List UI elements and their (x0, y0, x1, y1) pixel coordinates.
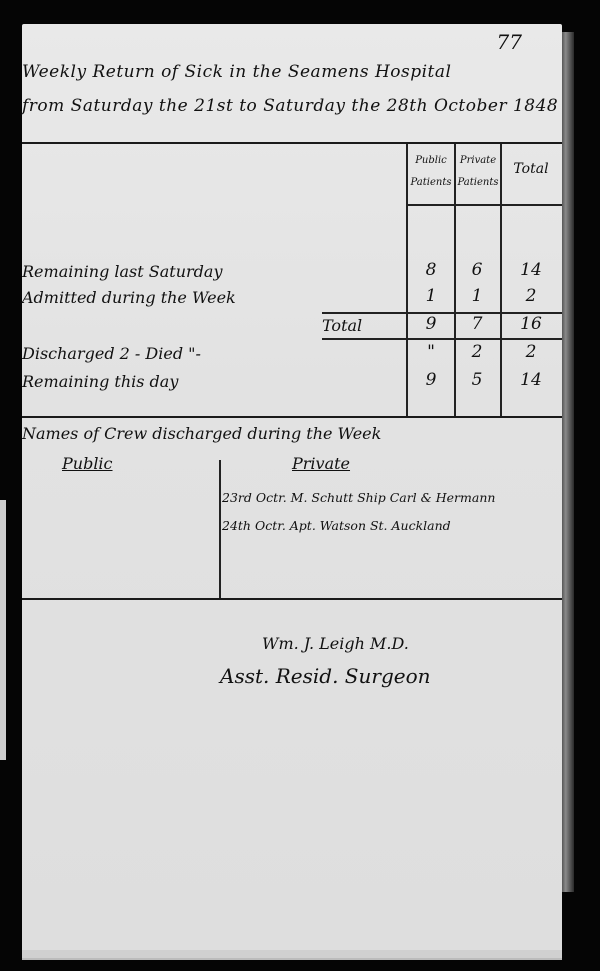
cell-private: 6 (454, 260, 500, 280)
cell-total: 2 (508, 286, 554, 306)
column-divider (500, 144, 502, 416)
column-header-public: Public Patients (408, 150, 454, 194)
cell-public: 9 (408, 370, 454, 390)
total-rule (322, 338, 562, 340)
cell-total: 2 (508, 342, 554, 362)
cell-total: 16 (508, 314, 554, 334)
signature-name: Wm. J. Leigh M.D. (262, 634, 409, 653)
cell-total: 14 (508, 370, 554, 390)
cell-public: 1 (408, 286, 454, 306)
cell-public: " (408, 342, 454, 362)
title-line-1: Weekly Return of Sick in the Seamens Hos… (22, 62, 451, 82)
public-heading: Public (62, 454, 113, 473)
page-number: 77 (497, 30, 522, 54)
cell-public: 8 (408, 260, 454, 280)
row-label-remaining-last: Remaining last Saturday (22, 262, 222, 281)
cell-private: 2 (454, 342, 500, 362)
title-line-2: from Saturday the 21st to Saturday the 2… (22, 96, 558, 116)
row-label-admitted: Admitted during the Week (22, 288, 236, 307)
names-section-title: Names of Crew discharged during the Week (22, 424, 381, 443)
signature-title: Asst. Resid. Surgeon (220, 664, 431, 688)
adjacent-page-fragment (0, 500, 6, 760)
names-bottom-rule (22, 598, 562, 600)
cell-public: 9 (408, 314, 454, 334)
cell-private: 7 (454, 314, 500, 334)
row-label-remaining-this-day: Remaining this day (22, 372, 178, 391)
row-label-discharged: Discharged 2 - Died "- (22, 344, 201, 363)
ledger-page: 77 Weekly Return of Sick in the Seamens … (22, 24, 562, 954)
column-header-private: Private Patients (456, 150, 500, 194)
private-entry: 24th Octr. Apt. Watson St. Auckland (222, 518, 451, 533)
private-heading: Private (292, 454, 350, 473)
column-header-total: Total (502, 158, 560, 180)
row-label-total: Total (322, 316, 362, 335)
cell-total: 14 (508, 260, 554, 280)
header-rule (22, 142, 562, 144)
book-binding-edge (560, 32, 574, 892)
table-bottom-rule (22, 416, 562, 418)
cell-private: 5 (454, 370, 500, 390)
page-bottom-edge (22, 950, 562, 960)
column-header-rule (406, 204, 562, 206)
cell-private: 1 (454, 286, 500, 306)
private-entry: 23rd Octr. M. Schutt Ship Carl & Hermann (222, 490, 495, 505)
names-column-divider (219, 460, 221, 598)
